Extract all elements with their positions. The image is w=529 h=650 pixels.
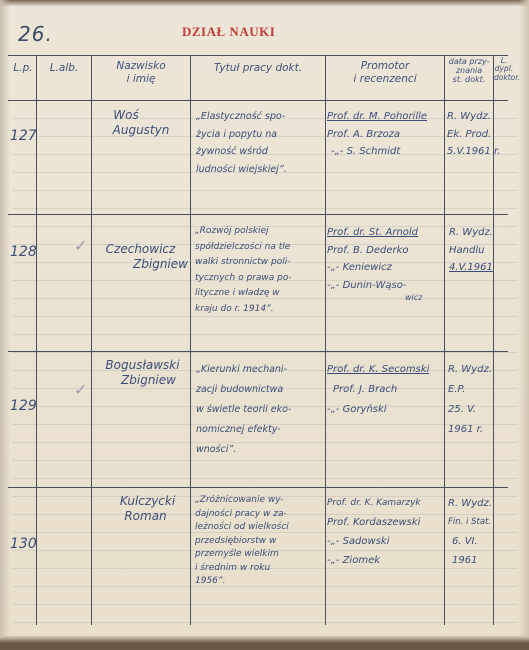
title-line: ludności wiejskiej”. <box>196 161 287 179</box>
row-name: Czechowicz Zbigniew <box>95 242 190 272</box>
header-date: data przy- znania st. dokt. <box>445 58 493 84</box>
promoter: Prof. dr. St. Arnold <box>327 224 422 242</box>
page-bottom-edge <box>0 636 529 644</box>
promoter: Prof. dr. M. Pohorille <box>327 108 427 126</box>
header-lp: L.p. <box>10 62 36 75</box>
title-line: dajności pracy w za- <box>195 508 289 522</box>
row-lp: 130 <box>10 536 37 554</box>
row-promoters: Prof. dr. St. Arnold Prof. B. Dederko -„… <box>327 224 422 302</box>
check-mark: ✓ <box>74 236 87 255</box>
date-line: R. Wydz. <box>449 224 493 242</box>
grid-line-header-bottom <box>8 100 508 101</box>
title-line: walki stronnictw poli- <box>195 255 292 271</box>
row-firstname: Augustyn <box>95 123 187 138</box>
reviewer: Prof. B. Dederko <box>327 242 422 260</box>
faint-ruling-line <box>12 604 517 605</box>
reviewer: -„- Dunin-Wąso- <box>327 277 422 295</box>
header-promoter-line2: i recenzenci <box>330 73 440 86</box>
date-line: Fin. i Stat. <box>448 513 492 532</box>
title-line: spółdzielczości na tle <box>195 240 292 256</box>
header-promoter-line1: Promotor <box>330 60 440 73</box>
row-name: Kulczycki Roman <box>95 494 190 524</box>
title-line: „Kierunki mechani- <box>196 360 291 380</box>
page-number: 26. <box>18 22 53 46</box>
reviewer: Prof. Kordaszewski <box>327 513 421 532</box>
date-line: 1961 <box>448 551 492 570</box>
reviewer: -„- S. Schmidt <box>327 143 427 161</box>
row-date: R. Wydz. Handlu 4.V.1961 <box>449 224 493 277</box>
title-line: przedsiębiorstw w <box>195 535 289 549</box>
date-line: 1961 r. <box>448 420 492 440</box>
row-lp: 128 <box>10 244 37 262</box>
reviewer: Prof. J. Brach <box>327 380 429 400</box>
page-binding-shadow <box>0 0 10 644</box>
date-line: 25. V. <box>448 400 492 420</box>
row-lp: 129 <box>10 398 37 416</box>
date-line: 6. VI. <box>448 532 492 551</box>
title-line: w świetle teorii eko- <box>196 400 291 420</box>
title-line: „Zróżnicowanie wy- <box>195 494 289 508</box>
row-thesis-title: „Kierunki mechani- zacji budownictwa w ś… <box>196 360 291 460</box>
check-mark: ✓ <box>74 380 87 399</box>
ledger-page: 26. DZIAŁ NAUKI L.p. L.alb. Nazwisko i i… <box>0 0 529 644</box>
row-thesis-title: „Elastyczność spo- życia i popytu na żyw… <box>196 108 287 178</box>
header-diploma-line3: doktor. <box>494 74 514 82</box>
date-line: Ek. Prod. <box>447 126 500 144</box>
faint-ruling-line <box>12 478 517 479</box>
reviewer: -„- Ziomek <box>327 551 421 570</box>
header-promoter: Promotor i recenzenci <box>330 60 440 86</box>
header-name: Nazwisko i imię <box>95 60 187 86</box>
title-line: „Rozwój polskiej <box>195 224 292 240</box>
department-stamp: DZIAŁ NAUKI <box>182 24 275 40</box>
row-thesis-title: „Zróżnicowanie wy- dajności pracy w za- … <box>195 494 289 589</box>
reviewer: Prof. A. Brzoza <box>327 126 427 144</box>
header-title: Tytuł pracy dokt. <box>193 62 323 75</box>
row-name: Woś Augustyn <box>95 108 187 138</box>
date-line: R. Wydz. <box>448 360 492 380</box>
faint-ruling-line <box>12 334 517 335</box>
grid-col-title <box>325 55 326 625</box>
header-name-line2: i imię <box>95 73 187 86</box>
page-top-edge <box>0 0 529 6</box>
reviewer: wicz <box>327 294 422 302</box>
page-right-edge <box>519 0 529 644</box>
title-line: przemyśle wielkim <box>195 548 289 562</box>
title-line: tycznych o prawa po- <box>195 271 292 287</box>
promoter: Prof. dr. K. Secomski <box>327 360 429 380</box>
date-line: R. Wydz. <box>448 494 492 513</box>
row-date: R. Wydz. Ek. Prod. 5.V.1961 r. <box>447 108 500 161</box>
promoter: Prof. dr. K. Kamarzyk <box>327 494 421 513</box>
title-line: i średnim w roku <box>195 562 289 576</box>
row-date: R. Wydz. E.P. 25. V. 1961 r. <box>448 360 492 440</box>
header-date-line3: st. dokt. <box>445 76 493 85</box>
date-line: E.P. <box>448 380 492 400</box>
row-date: R. Wydz. Fin. i Stat. 6. VI. 1961 <box>448 494 492 570</box>
row-thesis-title: „Rozwój polskiej spółdzielczości na tle … <box>195 224 292 317</box>
reviewer: -„- Sadowski <box>327 532 421 551</box>
reviewer: -„- Keniewicz <box>327 259 422 277</box>
faint-ruling-line <box>12 352 517 353</box>
faint-ruling-line <box>12 622 517 623</box>
header-name-line1: Nazwisko <box>95 60 187 73</box>
row-surname: Kulczycki <box>105 494 190 509</box>
row-surname: Bogusławski <box>95 358 190 373</box>
title-line: lityczne i władzę w <box>195 286 292 302</box>
row-promoters: Prof. dr. M. Pohorille Prof. A. Brzoza -… <box>327 108 427 161</box>
grid-col-name <box>190 55 191 625</box>
title-line: 1956”. <box>195 575 289 589</box>
title-line: „Elastyczność spo- <box>196 108 287 126</box>
row-name: Bogusławski Zbigniew <box>95 358 190 388</box>
row-lp: 127 <box>10 128 37 146</box>
title-line: żywność wśród <box>196 143 287 161</box>
row-firstname: Zbigniew <box>131 257 190 272</box>
title-line: kraju do r. 1914”. <box>195 302 292 318</box>
date-line: R. Wydz. <box>447 108 500 126</box>
row-firstname: Roman <box>101 509 190 524</box>
grid-line-row-129 <box>8 487 508 488</box>
date-line: 5.V.1961 r. <box>447 143 500 161</box>
grid-col-album <box>91 55 92 625</box>
grid-line-row-128 <box>8 351 508 352</box>
grid-line-row-127 <box>8 214 508 215</box>
date-line: Handlu <box>449 242 493 260</box>
row-promoters: Prof. dr. K. Kamarzyk Prof. Kordaszewski… <box>327 494 421 570</box>
reviewer: -„- Goryński <box>327 400 429 420</box>
title-line: zacji budownictwa <box>196 380 291 400</box>
row-promoters: Prof. dr. K. Secomski Prof. J. Brach -„-… <box>327 360 429 420</box>
date-line: 4.V.1961 <box>449 259 493 277</box>
row-surname: Woś <box>65 108 187 123</box>
title-line: wności”. <box>196 440 291 460</box>
title-line: leżności od wielkości <box>195 521 289 535</box>
header-album: L.alb. <box>40 62 88 75</box>
header-diploma: L. dypl. doktor. <box>494 57 514 82</box>
grid-line-top <box>8 55 508 56</box>
title-line: życia i popytu na <box>196 126 287 144</box>
row-firstname: Zbigniew <box>107 373 190 388</box>
faint-ruling-line <box>12 190 517 191</box>
row-surname: Czechowicz <box>91 242 190 257</box>
grid-col-promoter <box>444 55 445 625</box>
faint-ruling-line <box>12 208 517 209</box>
title-line: nomicznej efekty- <box>196 420 291 440</box>
faint-ruling-line <box>12 460 517 461</box>
